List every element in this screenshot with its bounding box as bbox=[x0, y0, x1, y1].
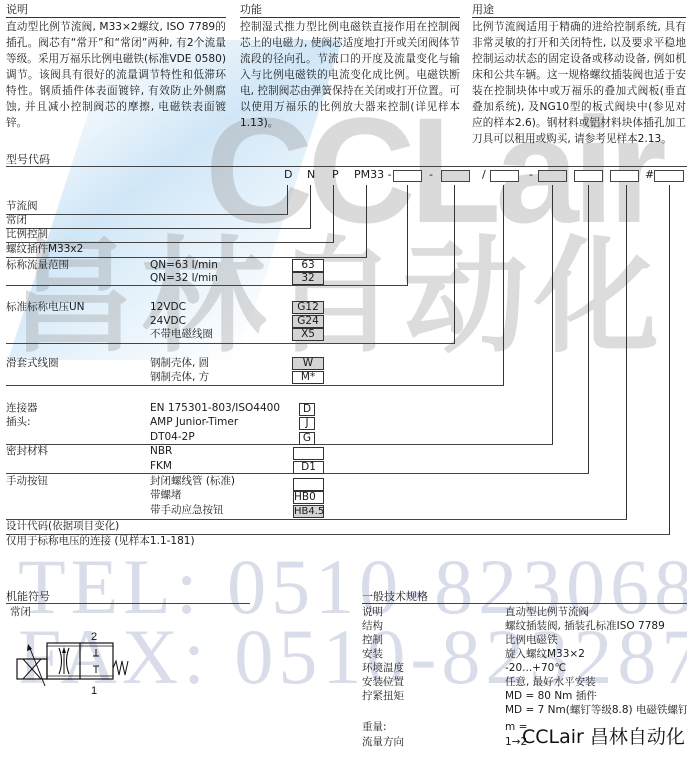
type-code-title: 型号代码 bbox=[6, 153, 50, 166]
port-2-label: 2 bbox=[91, 631, 97, 643]
spec-val-ambient-temp: -20...+70℃ bbox=[505, 661, 566, 675]
rule-coil bbox=[6, 385, 504, 386]
code-char-d: D bbox=[284, 168, 292, 181]
option-nbr: NBR bbox=[150, 445, 172, 458]
option-en175301: EN 175301-803/ISO4400 bbox=[150, 402, 280, 415]
leader-p bbox=[333, 185, 334, 243]
spec-key-description: 说明 bbox=[362, 605, 383, 619]
code-g12: G12 bbox=[292, 301, 324, 314]
option-flow-32: QN=32 l/min bbox=[150, 272, 218, 285]
function-text: 控制湿式推力型比例电磁铁直接作用在控制阀芯上的电磁力, 使阀芯适度地打开或关闭阀… bbox=[240, 19, 460, 131]
code-d1: D1 bbox=[293, 461, 324, 474]
description-text: 直动型比例节流阀, M33×2螺纹, ISO 7789的插孔。阀芯有“常开”和“… bbox=[6, 19, 226, 131]
code-sep-hash: # bbox=[645, 168, 654, 181]
spec-val-structure: 螺纹插装阀, 插装孔标准ISO 7789 bbox=[505, 619, 665, 633]
leader-manual bbox=[626, 185, 627, 520]
code-char-pm33: PM33 - bbox=[354, 168, 392, 181]
port-1-label: 1 bbox=[91, 685, 97, 697]
hydraulic-symbol-icon: 2 1 bbox=[15, 628, 135, 698]
group-seal-name: 密封材料 bbox=[6, 445, 48, 458]
spec-key-position: 安装位置 bbox=[362, 675, 404, 689]
code-char-n: N bbox=[307, 168, 315, 181]
function-column: 功能 控制湿式推力型比例电磁铁直接作用在控制阀芯上的电磁力, 使阀芯适度地打开或… bbox=[240, 3, 460, 131]
option-flow-63: QN=63 l/min bbox=[150, 259, 218, 272]
function-heading: 功能 bbox=[240, 3, 460, 18]
code-slot-seal[interactable] bbox=[574, 170, 603, 182]
specs-rule bbox=[362, 603, 687, 604]
code-sep-2: / bbox=[482, 168, 486, 181]
label-proportional-control: 比例控制 bbox=[6, 228, 48, 241]
brand-logo: CCLair 昌林自动化 bbox=[522, 722, 685, 749]
spec-val-control: 比例电磁铁 bbox=[505, 633, 558, 647]
code-slot-design[interactable] bbox=[654, 170, 684, 182]
rule-m33 bbox=[6, 257, 367, 258]
usage-column: 用途 比例节流阀适用于精确的进给控制系统, 具有非常灵敏的打开和关闭特性, 以及… bbox=[472, 3, 686, 147]
spec-val-installation: 旋入螺纹M33×2 bbox=[505, 647, 585, 661]
group-coil-name: 滑套式线圈 bbox=[6, 357, 59, 370]
rule-voltage bbox=[6, 343, 455, 344]
option-no-coil: 不带电磁线圈 bbox=[150, 328, 213, 341]
code-char-p: P bbox=[332, 168, 339, 181]
leader-pm33 bbox=[366, 185, 367, 258]
rule-flow bbox=[6, 285, 408, 286]
code-standard bbox=[293, 478, 324, 491]
spec-key-ambient-temp: 环境温度 bbox=[362, 661, 404, 675]
group-manual-name: 手动按钮 bbox=[6, 475, 48, 488]
spec-key-structure: 结构 bbox=[362, 619, 383, 633]
leader-n bbox=[310, 185, 311, 229]
code-hb45: HB4.5 bbox=[293, 505, 324, 518]
code-32: 32 bbox=[292, 272, 324, 285]
option-sealed-solenoid: 封闭螺线管 (标准) bbox=[150, 475, 235, 488]
code-slot-flow[interactable] bbox=[393, 170, 422, 182]
usage-heading: 用途 bbox=[472, 3, 686, 18]
spec-val-torque-screws: MD = 7 Nm(螺钉等级8.8) 电磁铁螺钉 bbox=[505, 703, 687, 717]
code-sep-1: - bbox=[429, 168, 433, 181]
code-slot-manual[interactable] bbox=[610, 170, 639, 182]
leader-voltage bbox=[454, 185, 455, 344]
code-x5: X5 bbox=[292, 328, 324, 341]
rule-connector bbox=[6, 444, 553, 445]
option-steel-round: 钢制壳体, 圆 bbox=[150, 357, 209, 370]
description-column: 说明 直动型比例节流阀, M33×2螺纹, ISO 7789的插孔。阀芯有“常开… bbox=[6, 3, 226, 131]
spec-key-torque: 拧紧扭矩 bbox=[362, 689, 404, 703]
spec-key-installation: 安装 bbox=[362, 647, 383, 661]
spec-val-position: 任意, 最好水平安装 bbox=[505, 675, 596, 689]
code-slot-connector[interactable] bbox=[538, 170, 567, 182]
leader-flow bbox=[407, 185, 408, 286]
footnote: 仅用于标称电压的连接 (见样本1.1-181) bbox=[6, 535, 195, 548]
option-plug: 带螺堵 bbox=[150, 489, 182, 502]
code-w: W bbox=[292, 357, 324, 370]
option-24vdc: 24VDC bbox=[150, 315, 186, 328]
code-j: J bbox=[299, 417, 315, 430]
code-63: 63 bbox=[292, 259, 324, 272]
code-g24: G24 bbox=[292, 315, 324, 328]
label-m33-cartridge: 螺纹插件M33x2 bbox=[6, 243, 83, 256]
option-amp-junior: AMP Junior-Timer bbox=[150, 416, 238, 429]
spec-val-torque-cartridge: MD = 80 Nm 插件 bbox=[505, 689, 597, 703]
label-normally-closed: 常闭 bbox=[6, 214, 27, 227]
code-m: M* bbox=[292, 371, 324, 384]
rule-throttle bbox=[6, 214, 288, 215]
usage-text: 比例节流阀适用于精确的进给控制系统, 具有非常灵敏的打开和关闭特性, 以及要求平… bbox=[472, 19, 686, 147]
code-slot-coil[interactable] bbox=[490, 170, 519, 182]
code-g: G bbox=[299, 432, 315, 445]
code-nbr bbox=[293, 447, 324, 460]
spec-key-weight: 重量: bbox=[362, 720, 387, 734]
symbol-title: 机能符号 bbox=[6, 590, 50, 603]
leader-seal bbox=[588, 185, 589, 474]
symbol-rule bbox=[6, 603, 250, 604]
spec-key-flow-direction: 流量方向 bbox=[362, 735, 404, 749]
watermark-company-name: 昌林自动化 bbox=[10, 235, 665, 360]
symbol-subtitle: 常闭 bbox=[10, 606, 31, 619]
leader-coil bbox=[503, 185, 504, 386]
description-heading: 说明 bbox=[6, 3, 226, 18]
option-emergency-button: 带手动应急按钮 bbox=[150, 504, 224, 517]
spec-key-control: 控制 bbox=[362, 633, 383, 647]
group-voltage-name: 标准标称电压UN bbox=[6, 301, 85, 314]
specs-title: 一般技术规格 bbox=[362, 590, 428, 603]
group-plug-name: 插头: bbox=[6, 416, 31, 429]
leader-d bbox=[287, 185, 288, 215]
option-dt04: DT04-2P bbox=[150, 431, 195, 444]
option-12vdc: 12VDC bbox=[150, 301, 186, 314]
group-flow-name: 标称流量范围 bbox=[6, 259, 69, 272]
group-connector-name: 连接器 bbox=[6, 402, 38, 415]
code-slot-voltage[interactable] bbox=[441, 170, 470, 182]
code-hb0: HB0 bbox=[293, 491, 324, 504]
option-steel-square: 钢制壳体, 方 bbox=[150, 371, 209, 384]
code-sep-3: - bbox=[529, 168, 533, 181]
rule-normally-closed bbox=[6, 228, 311, 229]
leader-connector bbox=[552, 185, 553, 445]
type-code-rule bbox=[6, 166, 687, 167]
label-throttle-valve: 节流阀 bbox=[6, 200, 38, 213]
spec-val-description: 直动型比例节流阀 bbox=[505, 605, 589, 619]
design-code-label: 设计代码(依据项目变化) bbox=[6, 520, 119, 533]
option-fkm: FKM bbox=[150, 460, 172, 473]
code-d: D bbox=[299, 403, 315, 416]
leader-design bbox=[669, 185, 670, 535]
